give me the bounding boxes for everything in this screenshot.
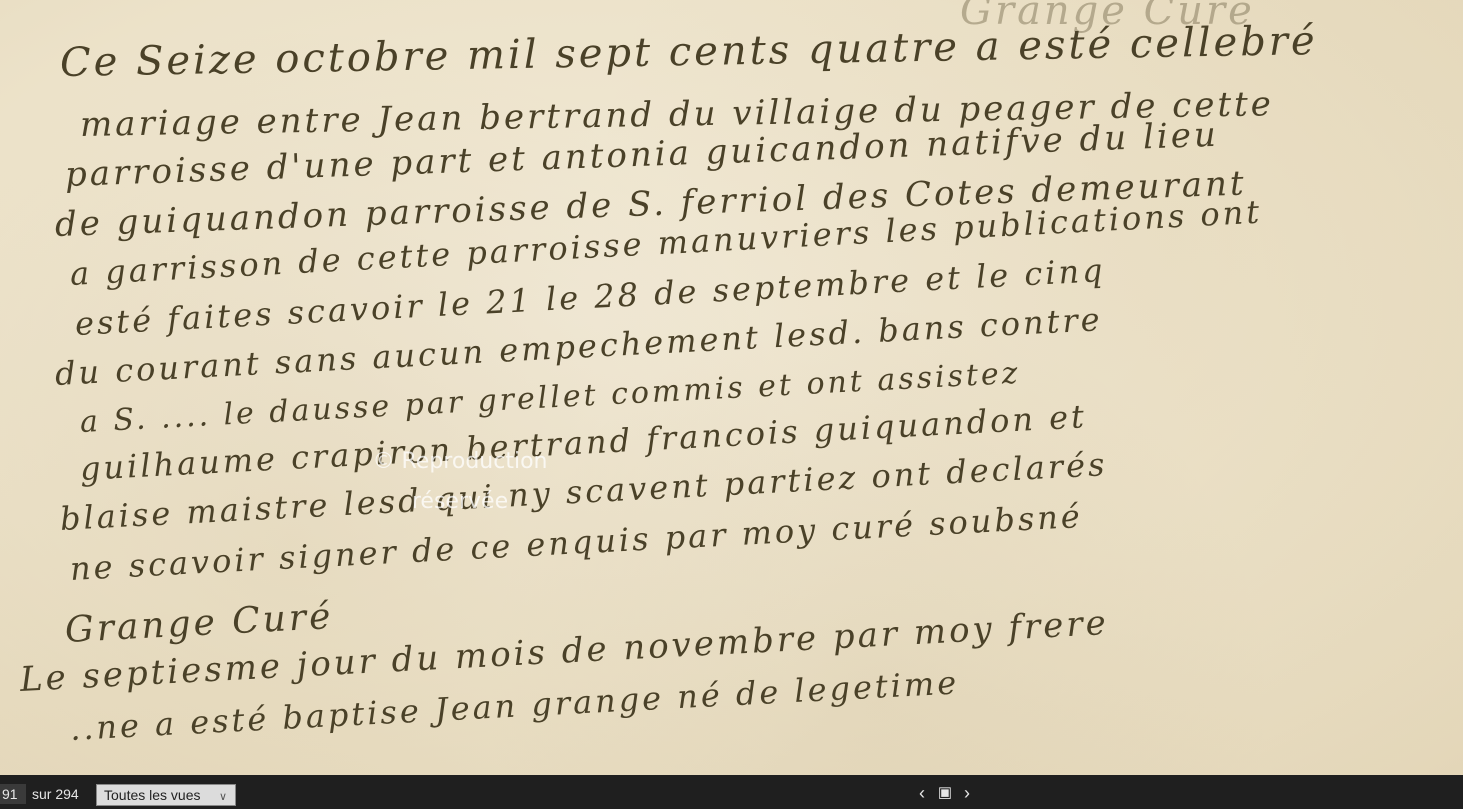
chevron-down-icon: ∨: [219, 787, 227, 807]
watermark-line-2: réservée: [350, 482, 570, 522]
view-filter-value: Toutes les vues: [104, 787, 201, 803]
watermark-line-1: © Reproduction: [350, 442, 570, 482]
watermark: © Reproduction réservée: [350, 442, 570, 522]
page-number-input[interactable]: [0, 784, 26, 804]
gallery-view-button[interactable]: ▣: [936, 783, 954, 803]
document-viewer[interactable]: Grange Curé Ce Seize octobre mil sept ce…: [0, 0, 1463, 775]
page-total-label: sur 294: [32, 786, 79, 802]
chevron-left-icon: ‹: [919, 783, 925, 803]
chevron-right-icon: ›: [964, 783, 970, 803]
gallery-icon: ▣: [938, 784, 952, 801]
next-page-button[interactable]: ›: [958, 783, 976, 803]
previous-page-button[interactable]: ‹: [913, 783, 931, 803]
viewer-toolbar: sur 294 Toutes les vues ∨ ‹ ▣ ›: [0, 775, 1463, 809]
view-filter-select[interactable]: Toutes les vues ∨: [96, 784, 236, 806]
